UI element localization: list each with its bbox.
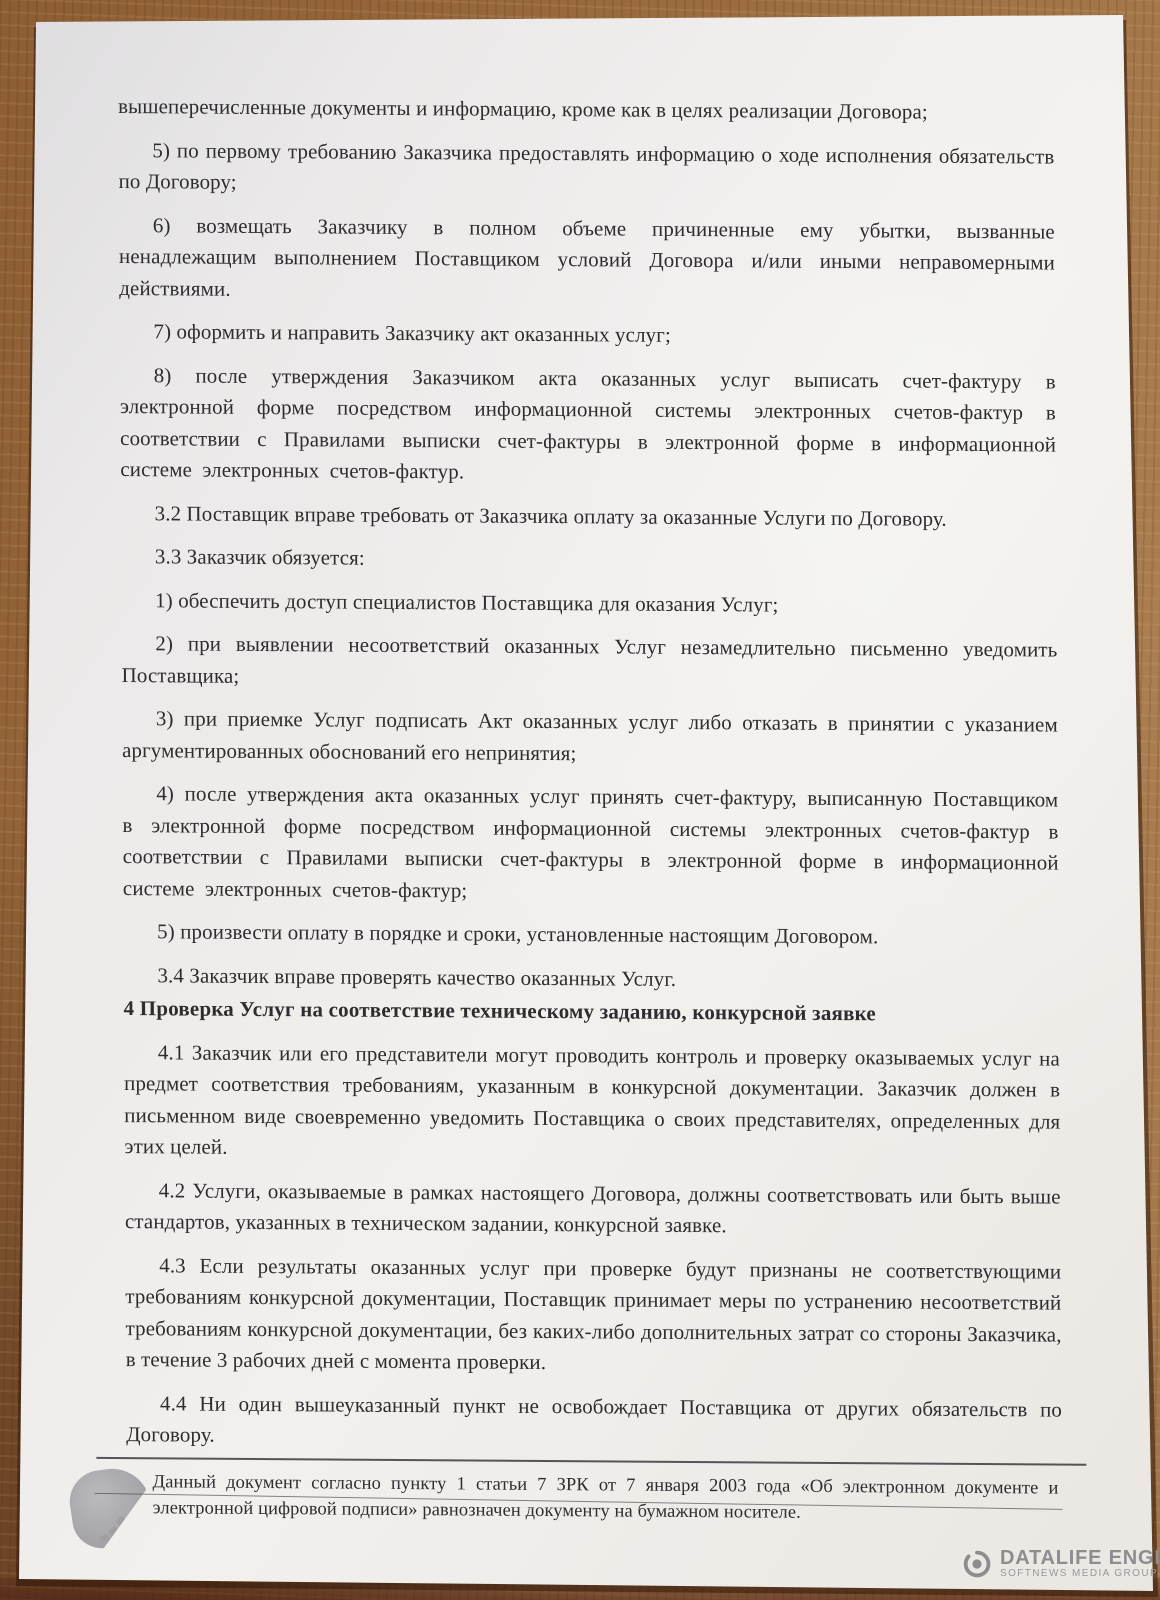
paragraph: 4.1 Заказчик или его представители могут… xyxy=(124,1037,1061,1170)
paragraph: 3.4 Заказчик вправе проверять качество о… xyxy=(123,960,1059,998)
paragraph: 7) оформить и направить Заказчику акт ок… xyxy=(119,316,1055,354)
watermark-title: DATALIFE ENGINE xyxy=(1000,1548,1160,1568)
paragraph: 6) возмещать Заказчику в полном объеме п… xyxy=(119,210,1056,311)
paragraph: 4 Проверка Услуг на соответствие техниче… xyxy=(124,993,1060,1031)
document-page: вышеперечисленные документы и информацию… xyxy=(118,91,1063,1528)
footnote-row: Данный документ согласно пункту 1 статьи… xyxy=(98,1468,1042,1528)
paragraph: 3.2 Поставщик вправе требовать от Заказч… xyxy=(120,498,1056,536)
watermark-subtitle: SOFTNEWS MEDIA GROUP xyxy=(1000,1568,1160,1580)
paragraph: 8) после утверждения Заказчиком акта ока… xyxy=(120,360,1057,493)
datalife-engine-watermark: DATALIFE ENGINE SOFTNEWS MEDIA GROUP xyxy=(962,1548,1160,1580)
paragraph: 1) обеспечить доступ специалистов Постав… xyxy=(121,585,1057,623)
paragraph: вышеперечисленные документы и информацию… xyxy=(118,91,1054,129)
footnote-text: Данный документ согласно пункту 1 статьи… xyxy=(152,1469,1058,1528)
paragraph: 4.4 Ни один вышеуказанный пункт не освоб… xyxy=(126,1388,1062,1458)
paragraph: 4) после утверждения акта оказанных услу… xyxy=(122,778,1059,911)
paragraph: 2) при выявлении несоответствий оказанны… xyxy=(121,628,1057,698)
watermark-text: DATALIFE ENGINE SOFTNEWS MEDIA GROUP xyxy=(1000,1548,1160,1580)
paragraph: 3) при приемке Услуг подписать Акт оказа… xyxy=(122,703,1058,773)
paragraph: 5) по первому требованию Заказчика предо… xyxy=(118,135,1054,205)
document-body: вышеперечисленные документы и информацию… xyxy=(118,91,1062,1457)
footnote-separator-line xyxy=(96,1456,1086,1465)
paragraph: 4.3 Если результаты оказанных услуг при … xyxy=(125,1250,1062,1383)
paragraph: 3.3 Заказчик обязуется: xyxy=(121,541,1057,579)
paragraph: 5) произвести оплату в порядке и сроки, … xyxy=(123,916,1059,954)
paragraph: 4.2 Услуги, оказываемые в рамках настоящ… xyxy=(125,1175,1061,1245)
datalife-logo-icon xyxy=(962,1549,992,1579)
